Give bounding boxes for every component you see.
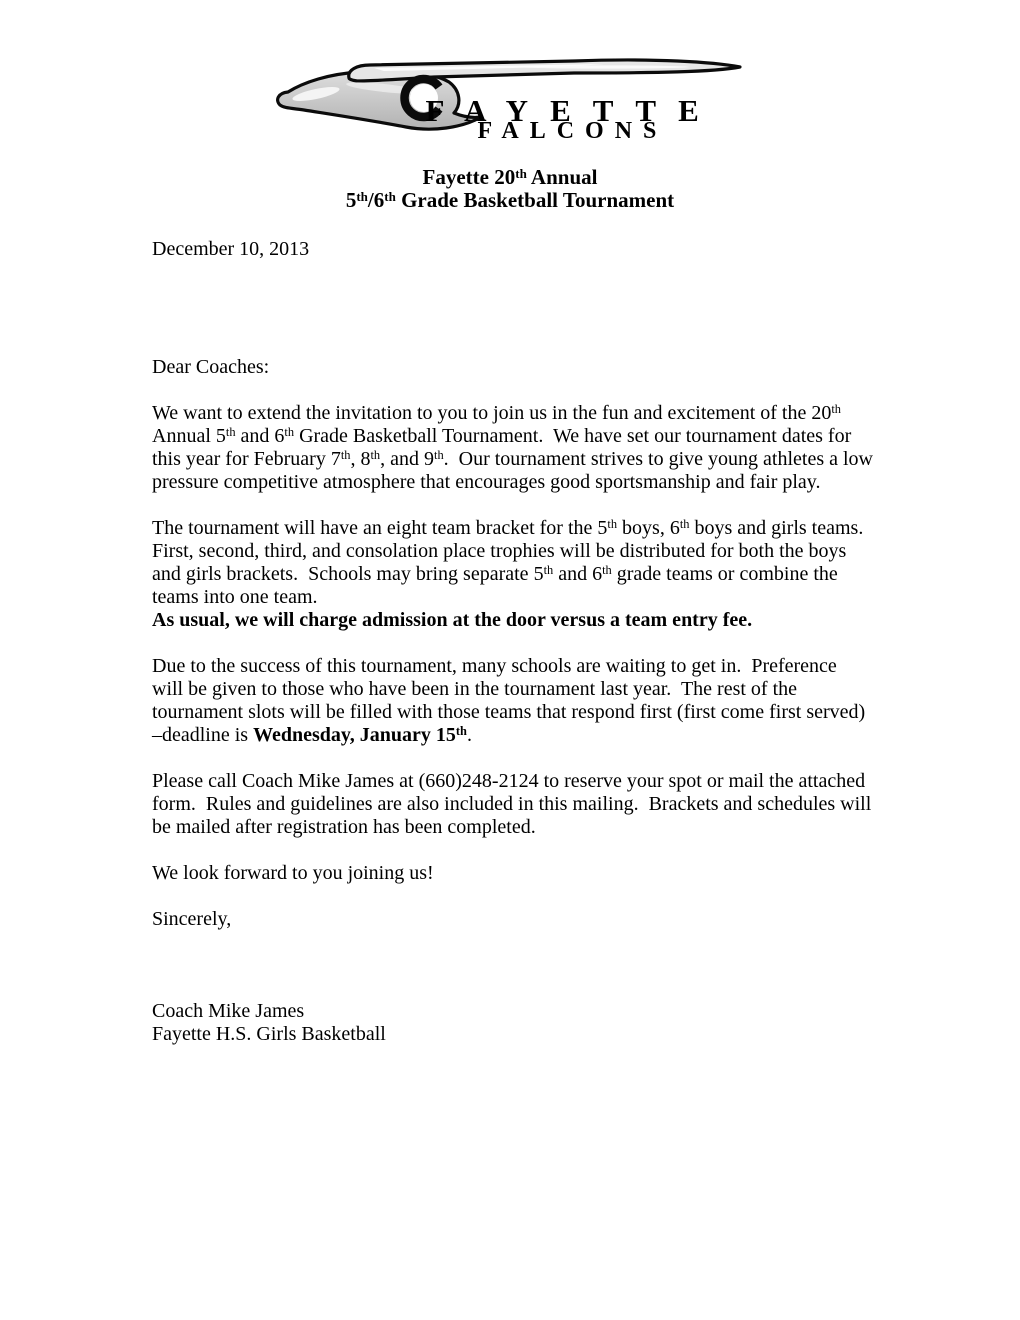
salutation: Dear Coaches: [152, 356, 972, 379]
text-segment: , 8 [350, 448, 370, 470]
text-line: form. Rules and guidelines are also incl… [152, 793, 972, 816]
text-line: teams into one team. [152, 586, 972, 609]
text-line: The tournament will have an eight team b… [152, 517, 972, 540]
logo-team-subname: FALCONS [478, 119, 668, 143]
text-line: Fayette H.S. Girls Basketball [152, 1023, 972, 1046]
text-segment: 5 [346, 188, 357, 212]
text-segment: Fayette 20 [423, 165, 516, 189]
paragraph-invitation: We want to extend the invitation to you … [152, 402, 972, 494]
text-segment: and 6 [236, 425, 285, 447]
ordinal-superscript: th [544, 563, 554, 577]
letter-document: FAYETTE FALCONS Fayette 20th Annual5th/6… [0, 0, 1020, 1320]
text-segment: /6 [368, 188, 384, 212]
text-segment: The tournament will have an eight team b… [152, 517, 607, 539]
fayette-falcons-logo: FAYETTE FALCONS [274, 58, 747, 140]
text-line: be mailed after registration has been co… [152, 816, 972, 839]
text-segment: and girls brackets. Schools may bring se… [152, 563, 544, 585]
ordinal-superscript: th [434, 448, 444, 462]
text-segment: , and 9 [380, 448, 434, 470]
text-line: Due to the success of this tournament, m… [152, 655, 972, 678]
text-segment: Please call Coach Mike James at (660)248… [152, 770, 865, 792]
ordinal-superscript: th [680, 517, 690, 531]
text-line: Please call Coach Mike James at (660)248… [152, 770, 972, 793]
signoff: Sincerely, [152, 908, 972, 931]
text-segment: Grade Basketball Tournament [396, 188, 674, 212]
text-line: will be given to those who have been in … [152, 678, 972, 701]
text-segment: grade teams or combine the [612, 563, 838, 585]
paragraph-bracket-info: The tournament will have an eight team b… [152, 517, 972, 632]
text-segment: –deadline is [152, 724, 253, 746]
text-line: We want to extend the invitation to you … [152, 402, 972, 425]
text-line: pressure competitive atmosphere that enc… [152, 471, 972, 494]
ordinal-superscript: th [607, 517, 617, 531]
text-segment: teams into one team. [152, 586, 318, 608]
text-line: First, second, third, and consolation pl… [152, 540, 972, 563]
text-line: Coach Mike James [152, 1000, 972, 1023]
text-segment: We want to extend the invitation to you … [152, 402, 831, 424]
text-segment: . [467, 724, 472, 746]
text-line: and girls brackets. Schools may bring se… [152, 563, 972, 586]
text-segment: Coach Mike James [152, 1000, 304, 1022]
text-line: 5th/6th Grade Basketball Tournament [0, 189, 1020, 212]
text-segment: pressure competitive atmosphere that enc… [152, 471, 821, 493]
letter-date: December 10, 2013 [152, 238, 972, 261]
text-segment: First, second, third, and consolation pl… [152, 540, 846, 562]
text-segment: and 6 [553, 563, 602, 585]
text-segment: tournament slots will be filled with tho… [152, 701, 865, 723]
ordinal-superscript: th [226, 425, 236, 439]
text-segment: boys and girls teams. [689, 517, 863, 539]
text-segment: Due to the success of this tournament, m… [152, 655, 837, 677]
text-segment: this year for February 7 [152, 448, 341, 470]
ordinal-superscript: th [356, 189, 368, 204]
text-segment: Annual 5 [152, 425, 226, 447]
ordinal-superscript: th [602, 563, 612, 577]
ordinal-superscript: th [341, 448, 351, 462]
text-line: –deadline is Wednesday, January 15th. [152, 724, 972, 747]
closing-line: We look forward to you joining us! [152, 862, 972, 885]
ordinal-superscript: th [515, 166, 527, 181]
text-segment: Wednesday, January 15 [253, 724, 456, 746]
letter-title: Fayette 20th Annual5th/6th Grade Basketb… [0, 166, 1020, 212]
ordinal-superscript: th [831, 402, 841, 416]
signature-block: Coach Mike JamesFayette H.S. Girls Baske… [152, 1000, 972, 1046]
text-segment: Annual [527, 165, 598, 189]
text-segment: . Our tournament strives to give young a… [444, 448, 873, 470]
text-segment: As usual, we will charge admission at th… [152, 609, 752, 631]
text-segment: will be given to those who have been in … [152, 678, 797, 700]
text-line: As usual, we will charge admission at th… [152, 609, 972, 632]
letter-body: December 10, 2013 Dear Coaches: We want … [152, 238, 972, 1046]
text-segment: Grade Basketball Tournament. We have set… [294, 425, 851, 447]
text-segment: be mailed after registration has been co… [152, 816, 536, 838]
paragraph-contact: Please call Coach Mike James at (660)248… [152, 770, 972, 839]
ordinal-superscript: th [284, 425, 294, 439]
text-line: Annual 5th and 6th Grade Basketball Tour… [152, 425, 972, 448]
ordinal-superscript: th [456, 724, 467, 738]
text-segment: boys, 6 [617, 517, 680, 539]
text-line: tournament slots will be filled with tho… [152, 701, 972, 724]
ordinal-superscript: th [370, 448, 380, 462]
ordinal-superscript: th [384, 189, 396, 204]
text-segment: form. Rules and guidelines are also incl… [152, 793, 871, 815]
text-line: this year for February 7th, 8th, and 9th… [152, 448, 972, 471]
text-line: Fayette 20th Annual [0, 166, 1020, 189]
paragraph-deadline: Due to the success of this tournament, m… [152, 655, 972, 747]
text-segment: Fayette H.S. Girls Basketball [152, 1023, 386, 1045]
